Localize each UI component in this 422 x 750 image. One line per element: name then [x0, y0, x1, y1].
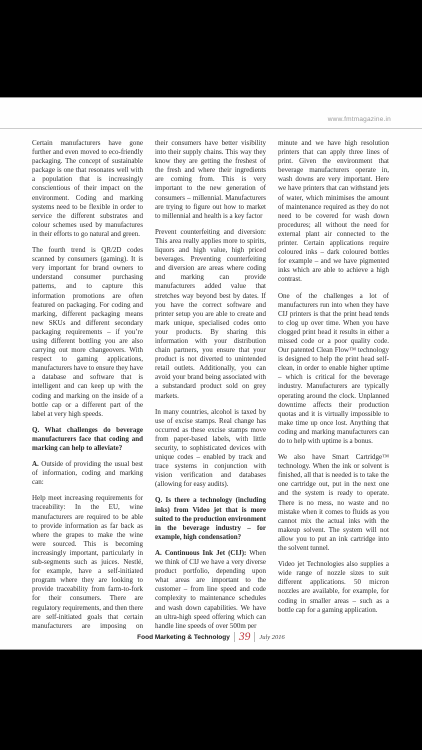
- article-paragraph: In many countries, alcohol is taxed by u…: [155, 408, 266, 490]
- article-paragraph: their consumers have better visibility i…: [155, 139, 266, 221]
- article-paragraph: Q. What challenges do beverage manufactu…: [32, 426, 143, 453]
- footer-page-number: 39: [239, 632, 251, 643]
- footer-divider-right: [254, 632, 255, 642]
- page-footer: Food Marketing & Technology 39 July 2016: [0, 629, 422, 645]
- paragraph-bold-text: A.: [32, 460, 39, 468]
- article-column-3: minute and we have high resolution print…: [278, 139, 389, 629]
- article-paragraph: Q. Is there a technology (including inks…: [155, 496, 266, 541]
- paragraph-text: The fourth trend is QR/2D codes scanned …: [32, 246, 143, 418]
- article-columns: Certain manufacturers have gone further …: [32, 139, 389, 629]
- article-paragraph: A. Outside of providing the usual best o…: [32, 460, 143, 487]
- paragraph-text: When we think of CIJ we have a very dive…: [155, 549, 266, 629]
- article-paragraph: One of the challenges a lot of manufactu…: [278, 292, 389, 447]
- footer-magazine-name: Food Marketing & Technology: [137, 634, 230, 641]
- magazine-page[interactable]: www.fmtmagazine.in Certain manufacturers…: [0, 97, 422, 650]
- footer-divider-left: [234, 632, 235, 642]
- article-paragraph: A. Continuous Ink Jet (CIJ): When we thi…: [155, 549, 266, 629]
- article-paragraph: minute and we have high resolution print…: [278, 139, 389, 285]
- article-paragraph: Video jet Technologies also supplies a w…: [278, 560, 389, 615]
- paragraph-bold-text: A. Continuous Ink Jet (CIJ):: [155, 549, 246, 557]
- header-rule: [0, 128, 422, 129]
- paragraph-bold-text: Q. Is there a technology (including inks…: [155, 496, 266, 540]
- article-column-2: their consumers have better visibility i…: [155, 139, 266, 629]
- paragraph-text: Outside of providing the usual best of i…: [32, 460, 143, 486]
- paragraph-text: In many countries, alcohol is taxed by u…: [155, 408, 266, 489]
- paragraph-text: We also have Smart Cartridge™ technology…: [278, 453, 389, 552]
- article-paragraph: Certain manufacturers have gone further …: [32, 139, 143, 239]
- paragraph-text: Video jet Technologies also supplies a w…: [278, 560, 389, 613]
- paragraph-text: One of the challenges a lot of manufactu…: [278, 292, 389, 446]
- article-paragraph: The fourth trend is QR/2D codes scanned …: [32, 246, 143, 419]
- footer-issue-date: July 2016: [259, 634, 284, 641]
- paragraph-text: their consumers have better visibility i…: [155, 139, 266, 220]
- paragraph-text: Help meet increasing requirements for tr…: [32, 494, 143, 629]
- article-paragraph: Help meet increasing requirements for tr…: [32, 494, 143, 629]
- article-column-1: Certain manufacturers have gone further …: [32, 139, 143, 629]
- paragraph-bold-text: Q. What challenges do beverage manufactu…: [32, 426, 143, 452]
- reader-background: www.fmtmagazine.in Certain manufacturers…: [0, 0, 422, 750]
- paragraph-text: Prevent counterfeiting and diversion: Th…: [155, 228, 266, 400]
- article-paragraph: Prevent counterfeiting and diversion: Th…: [155, 228, 266, 401]
- paragraph-text: Certain manufacturers have gone further …: [32, 139, 143, 238]
- header-website-url: www.fmtmagazine.in: [328, 116, 391, 123]
- paragraph-text: minute and we have high resolution print…: [278, 139, 389, 283]
- article-paragraph: We also have Smart Cartridge™ technology…: [278, 453, 389, 553]
